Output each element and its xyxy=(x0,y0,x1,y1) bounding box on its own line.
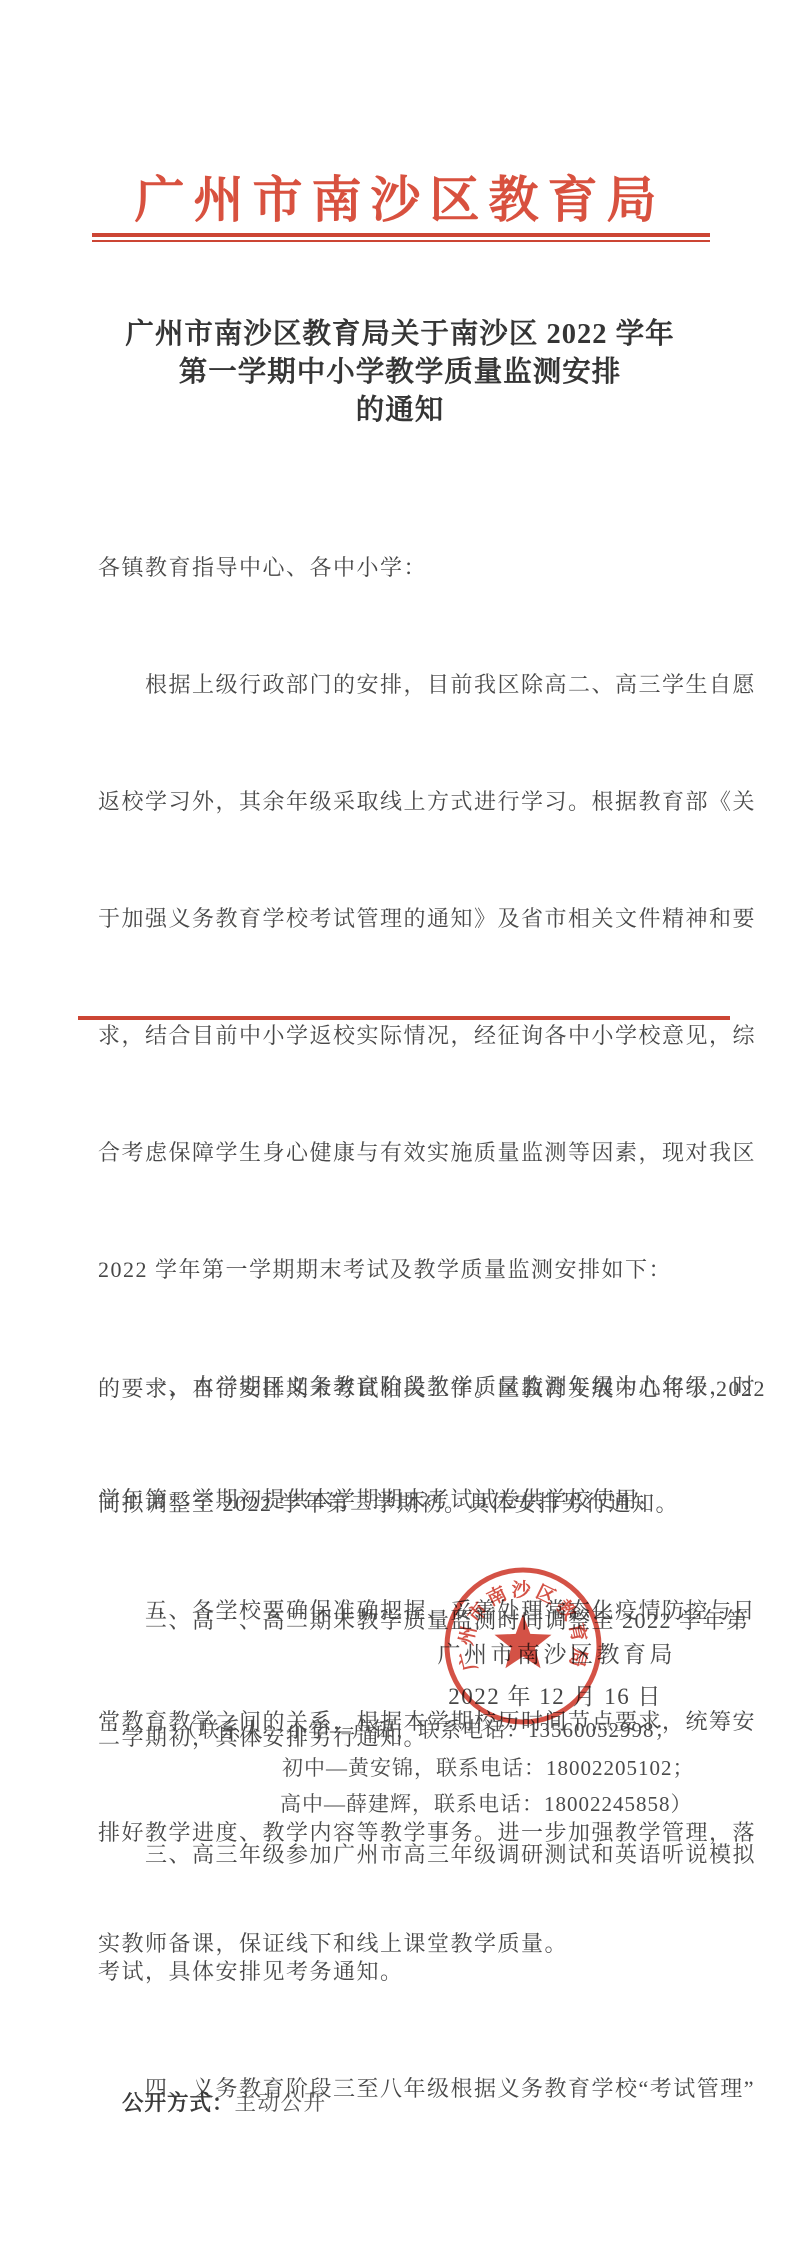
body-line: 学年第二学期初提供本学期期末考试试卷供学校使用。 xyxy=(98,1481,738,1518)
document-title: 广州市南沙区教育局关于南沙区 2022 学年 第一学期中小学教学质量监测安排 的… xyxy=(0,316,800,430)
contact-line-junior: 初中—黄安锦，联系电话：18002205102； xyxy=(282,1752,695,1782)
star-icon xyxy=(495,1614,552,1668)
contact-line-primary: （联系人：小学—卢锦，联系电话：13560052998； xyxy=(176,1714,677,1744)
issuing-authority-header: 广州市南沙区教育局 xyxy=(0,160,800,232)
document-title-line: 第一学期中小学教学质量监测安排 xyxy=(0,354,800,392)
document-title-line: 的通知 xyxy=(0,392,800,430)
body-line: 2022 学年第一学期期末考试及教学质量监测安排如下： xyxy=(98,1250,738,1289)
header-divider-rule xyxy=(92,233,710,242)
document-title-line: 广州市南沙区教育局关于南沙区 2022 学年 xyxy=(0,316,800,354)
body-line: 返校学习外，其余年级采取线上方式进行学习。根据教育部《关 xyxy=(98,782,738,821)
scanned-notice-document: { "colors": { "header_red": "#d8513f", "… xyxy=(0,0,800,2261)
body-line: 的要求，自行安排期末考试相关工作。区教育发展中心将于 2022 xyxy=(98,1370,738,1407)
disclosure-footer: 公开方式：主动公开 xyxy=(122,2086,327,2117)
page-break-divider-rule xyxy=(78,1016,730,1020)
body-line: 五、各学校要确保准确把握、妥善处理常态化疫情防控与日 xyxy=(98,1592,738,1629)
body-line: 合考虑保障学生身心健康与有效实施质量监测等因素，现对我区 xyxy=(98,1133,738,1172)
body-line: 根据上级行政部门的安排，目前我区除高二、高三学生自愿 xyxy=(98,665,738,704)
salutation-line: 各镇教育指导中心、各中小学： xyxy=(98,548,738,587)
body-line: 于加强义务教育学校考试管理的通知》及省市相关文件精神和要 xyxy=(98,899,738,938)
official-seal: 广州市南沙区教育局 xyxy=(437,1560,609,1732)
body-line: 求，结合目前中小学返校实际情况，经征询各中小学校意见，综 xyxy=(98,1016,738,1055)
disclosure-value: 主动公开 xyxy=(235,2091,327,2115)
disclosure-label: 公开方式： xyxy=(122,2091,235,2115)
body-line: 排好教学进度、教学内容等教学事务。进一步加强教学管理，落 xyxy=(98,1814,738,1851)
contact-line-senior: 高中—薛建辉，联系电话：18002245858） xyxy=(280,1788,693,1818)
body-line: 实教师备课，保证线下和线上课堂教学质量。 xyxy=(98,1925,738,1962)
